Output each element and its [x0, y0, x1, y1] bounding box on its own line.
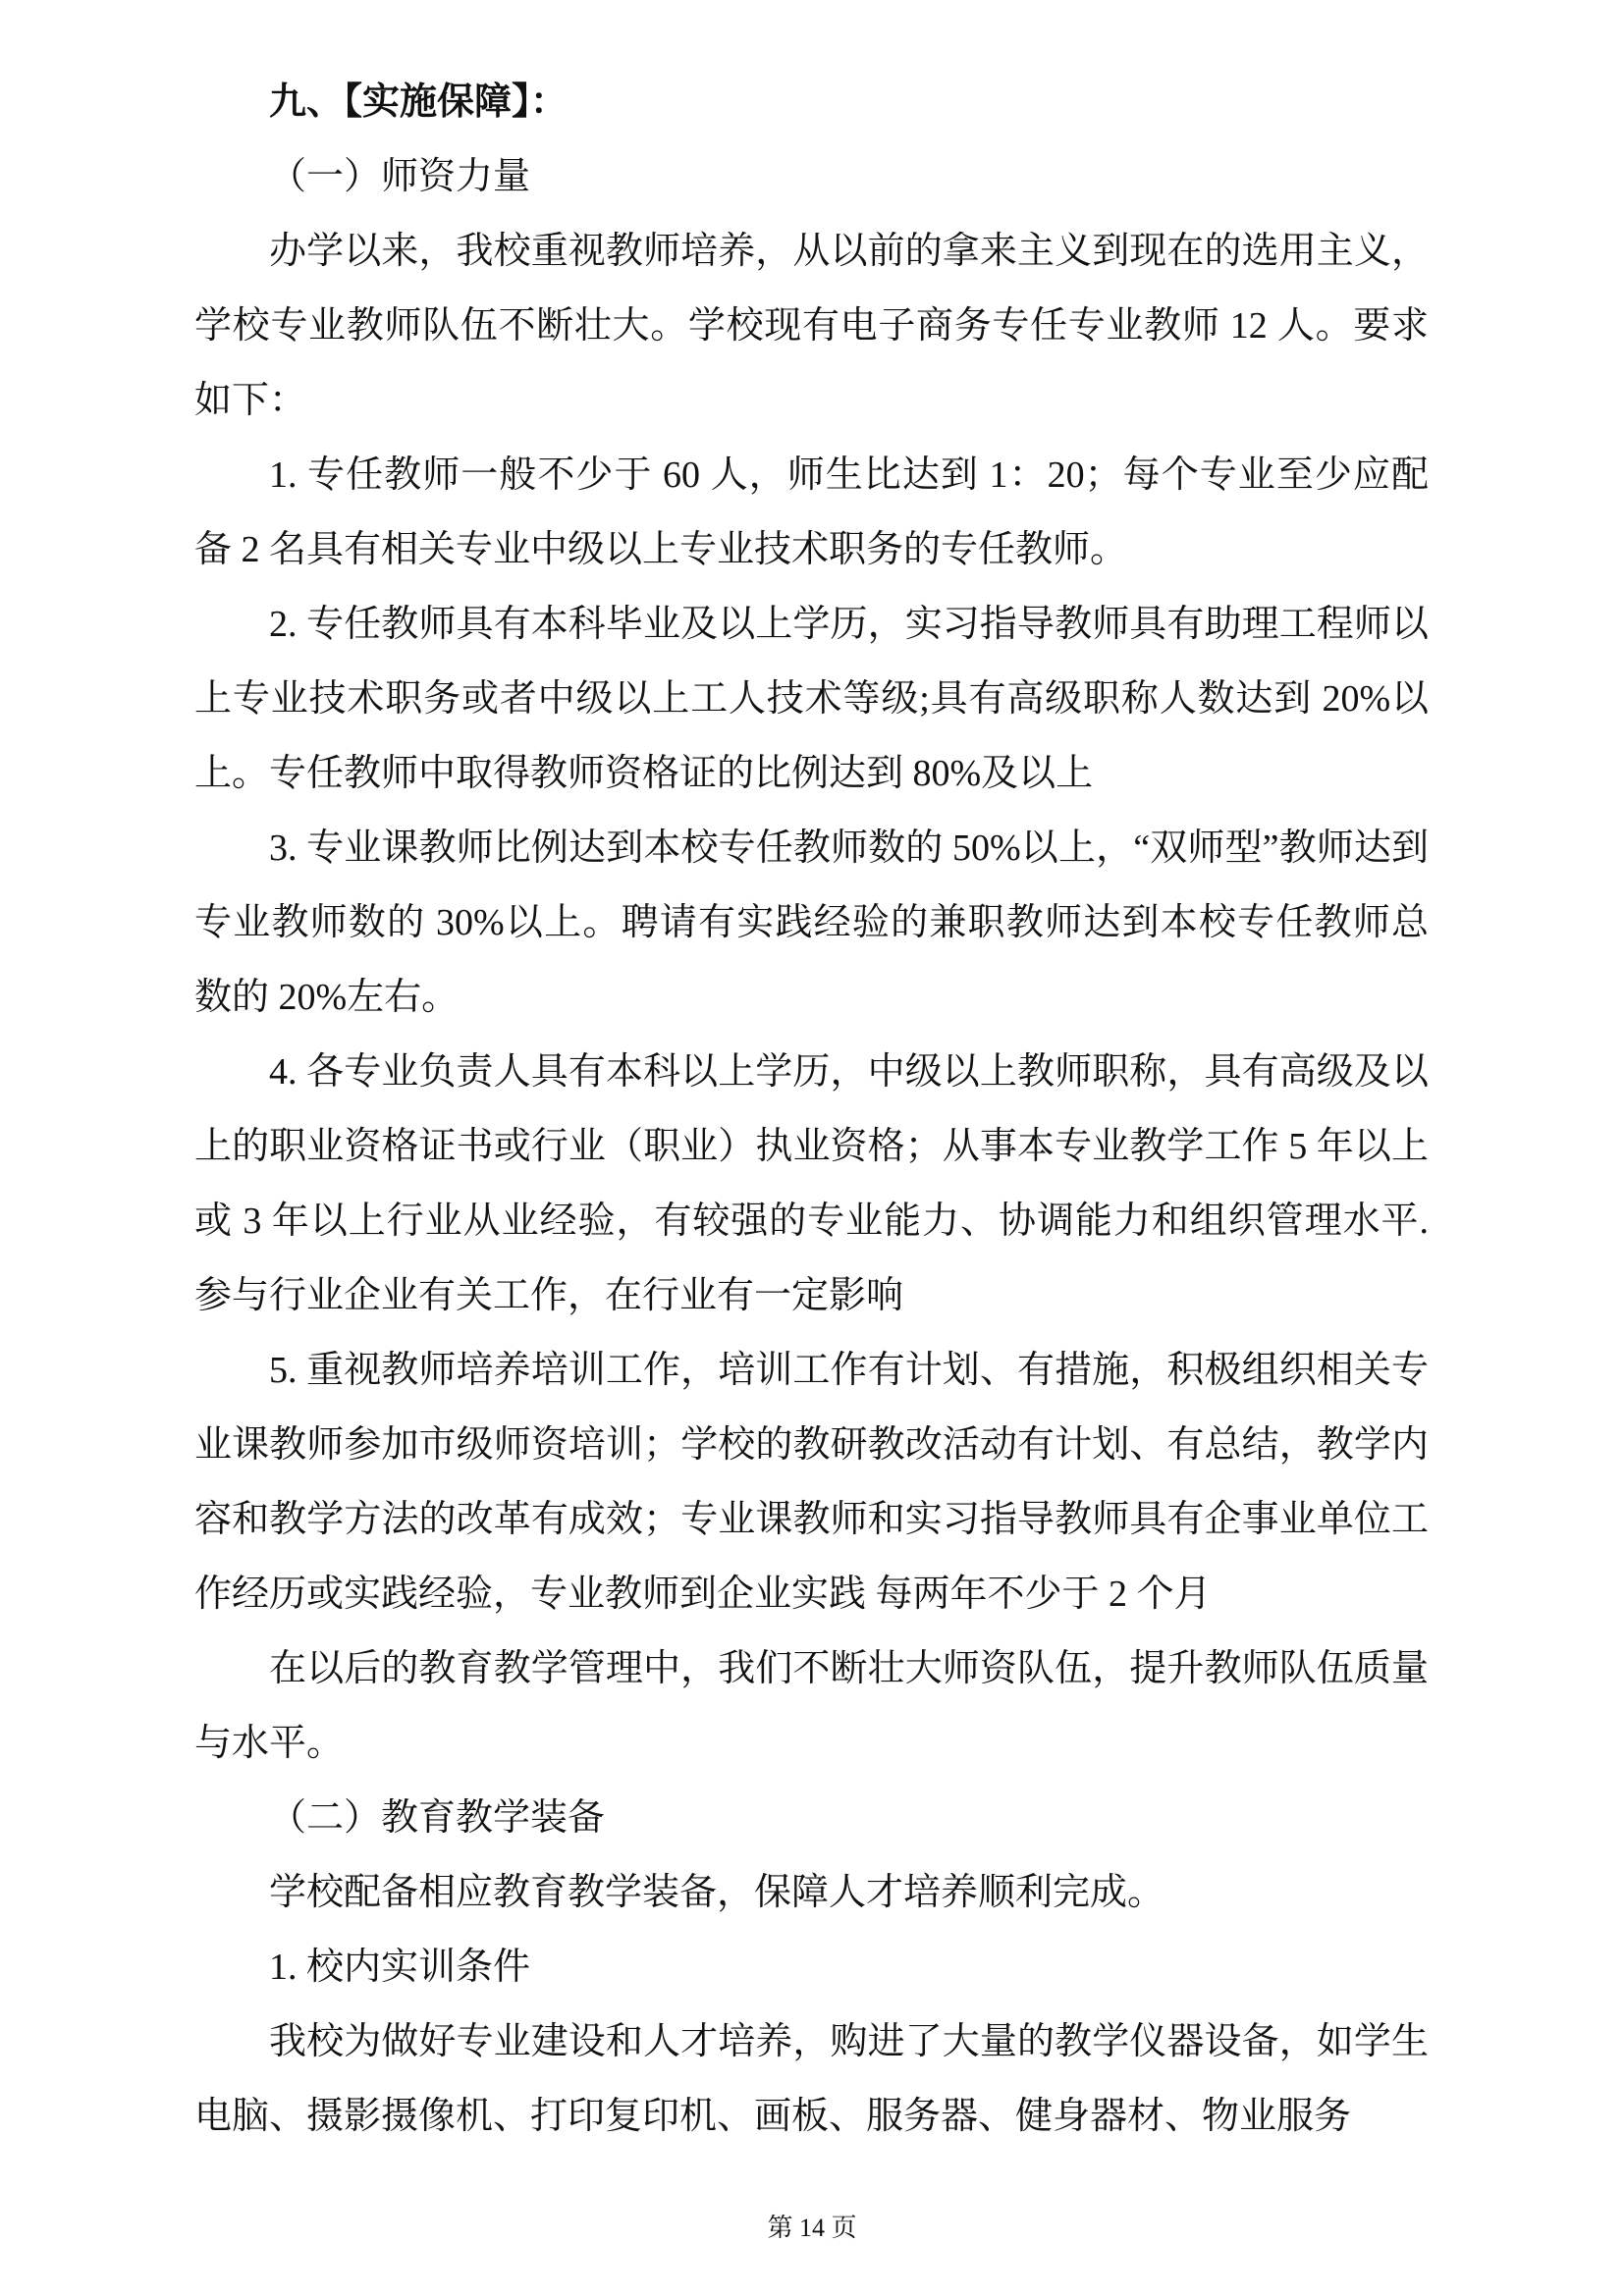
paragraph-future-management: 在以后的教育教学管理中，我们不断壮大师资队伍，提升教师队伍质量与水平。 [194, 1631, 1429, 1781]
document-page: 九、【实施保障】： （一）师资力量 办学以来，我校重视教师培养，从以前的拿来主义… [0, 0, 1624, 2296]
heading-subsection-two-teaching-equipment: （二）教育教学装备 [194, 1781, 1429, 1855]
paragraph-faculty-intro: 办学以来，我校重视教师培养，从以前的拿来主义到现在的选用主义，学校专业教师队伍不… [194, 214, 1429, 438]
heading-subsection-one-faculty: （一）师资力量 [194, 139, 1429, 214]
heading-section-nine-implementation-guarantee: 九、【实施保障】： [194, 65, 1429, 139]
list-item-2-teacher-qualifications: 2. 专任教师具有本科毕业及以上学历，实习指导教师具有助理工程师以上专业技术职务… [194, 587, 1429, 811]
page-number-footer: 第 14 页 [0, 2213, 1624, 2243]
list-item-4-program-leader-requirements: 4. 各专业负责人具有本科以上学历，中级以上教师职称，具有高级及以上的职业资格证… [194, 1035, 1429, 1333]
list-item-3-professional-teacher-ratio: 3. 专业课教师比例达到本校专任教师数的 50%以上，“双师型”教师达到专业教师… [194, 811, 1429, 1035]
list-item-campus-training-conditions: 1. 校内实训条件 [194, 1930, 1429, 2004]
list-item-1-fulltime-teacher-count: 1. 专任教师一般不少于 60 人，师生比达到 1：20；每个专业至少应配备 2… [194, 438, 1429, 587]
list-item-5-teacher-training: 5. 重视教师培养培训工作，培训工作有计划、有措施，积极组织相关专业课教师参加市… [194, 1333, 1429, 1631]
paragraph-equipment-provision: 学校配备相应教育教学装备，保障人才培养顺利完成。 [194, 1855, 1429, 1930]
paragraph-equipment-purchases: 我校为做好专业建设和人才培养，购进了大量的教学仪器设备，如学生电脑、摄影摄像机、… [194, 2004, 1429, 2154]
